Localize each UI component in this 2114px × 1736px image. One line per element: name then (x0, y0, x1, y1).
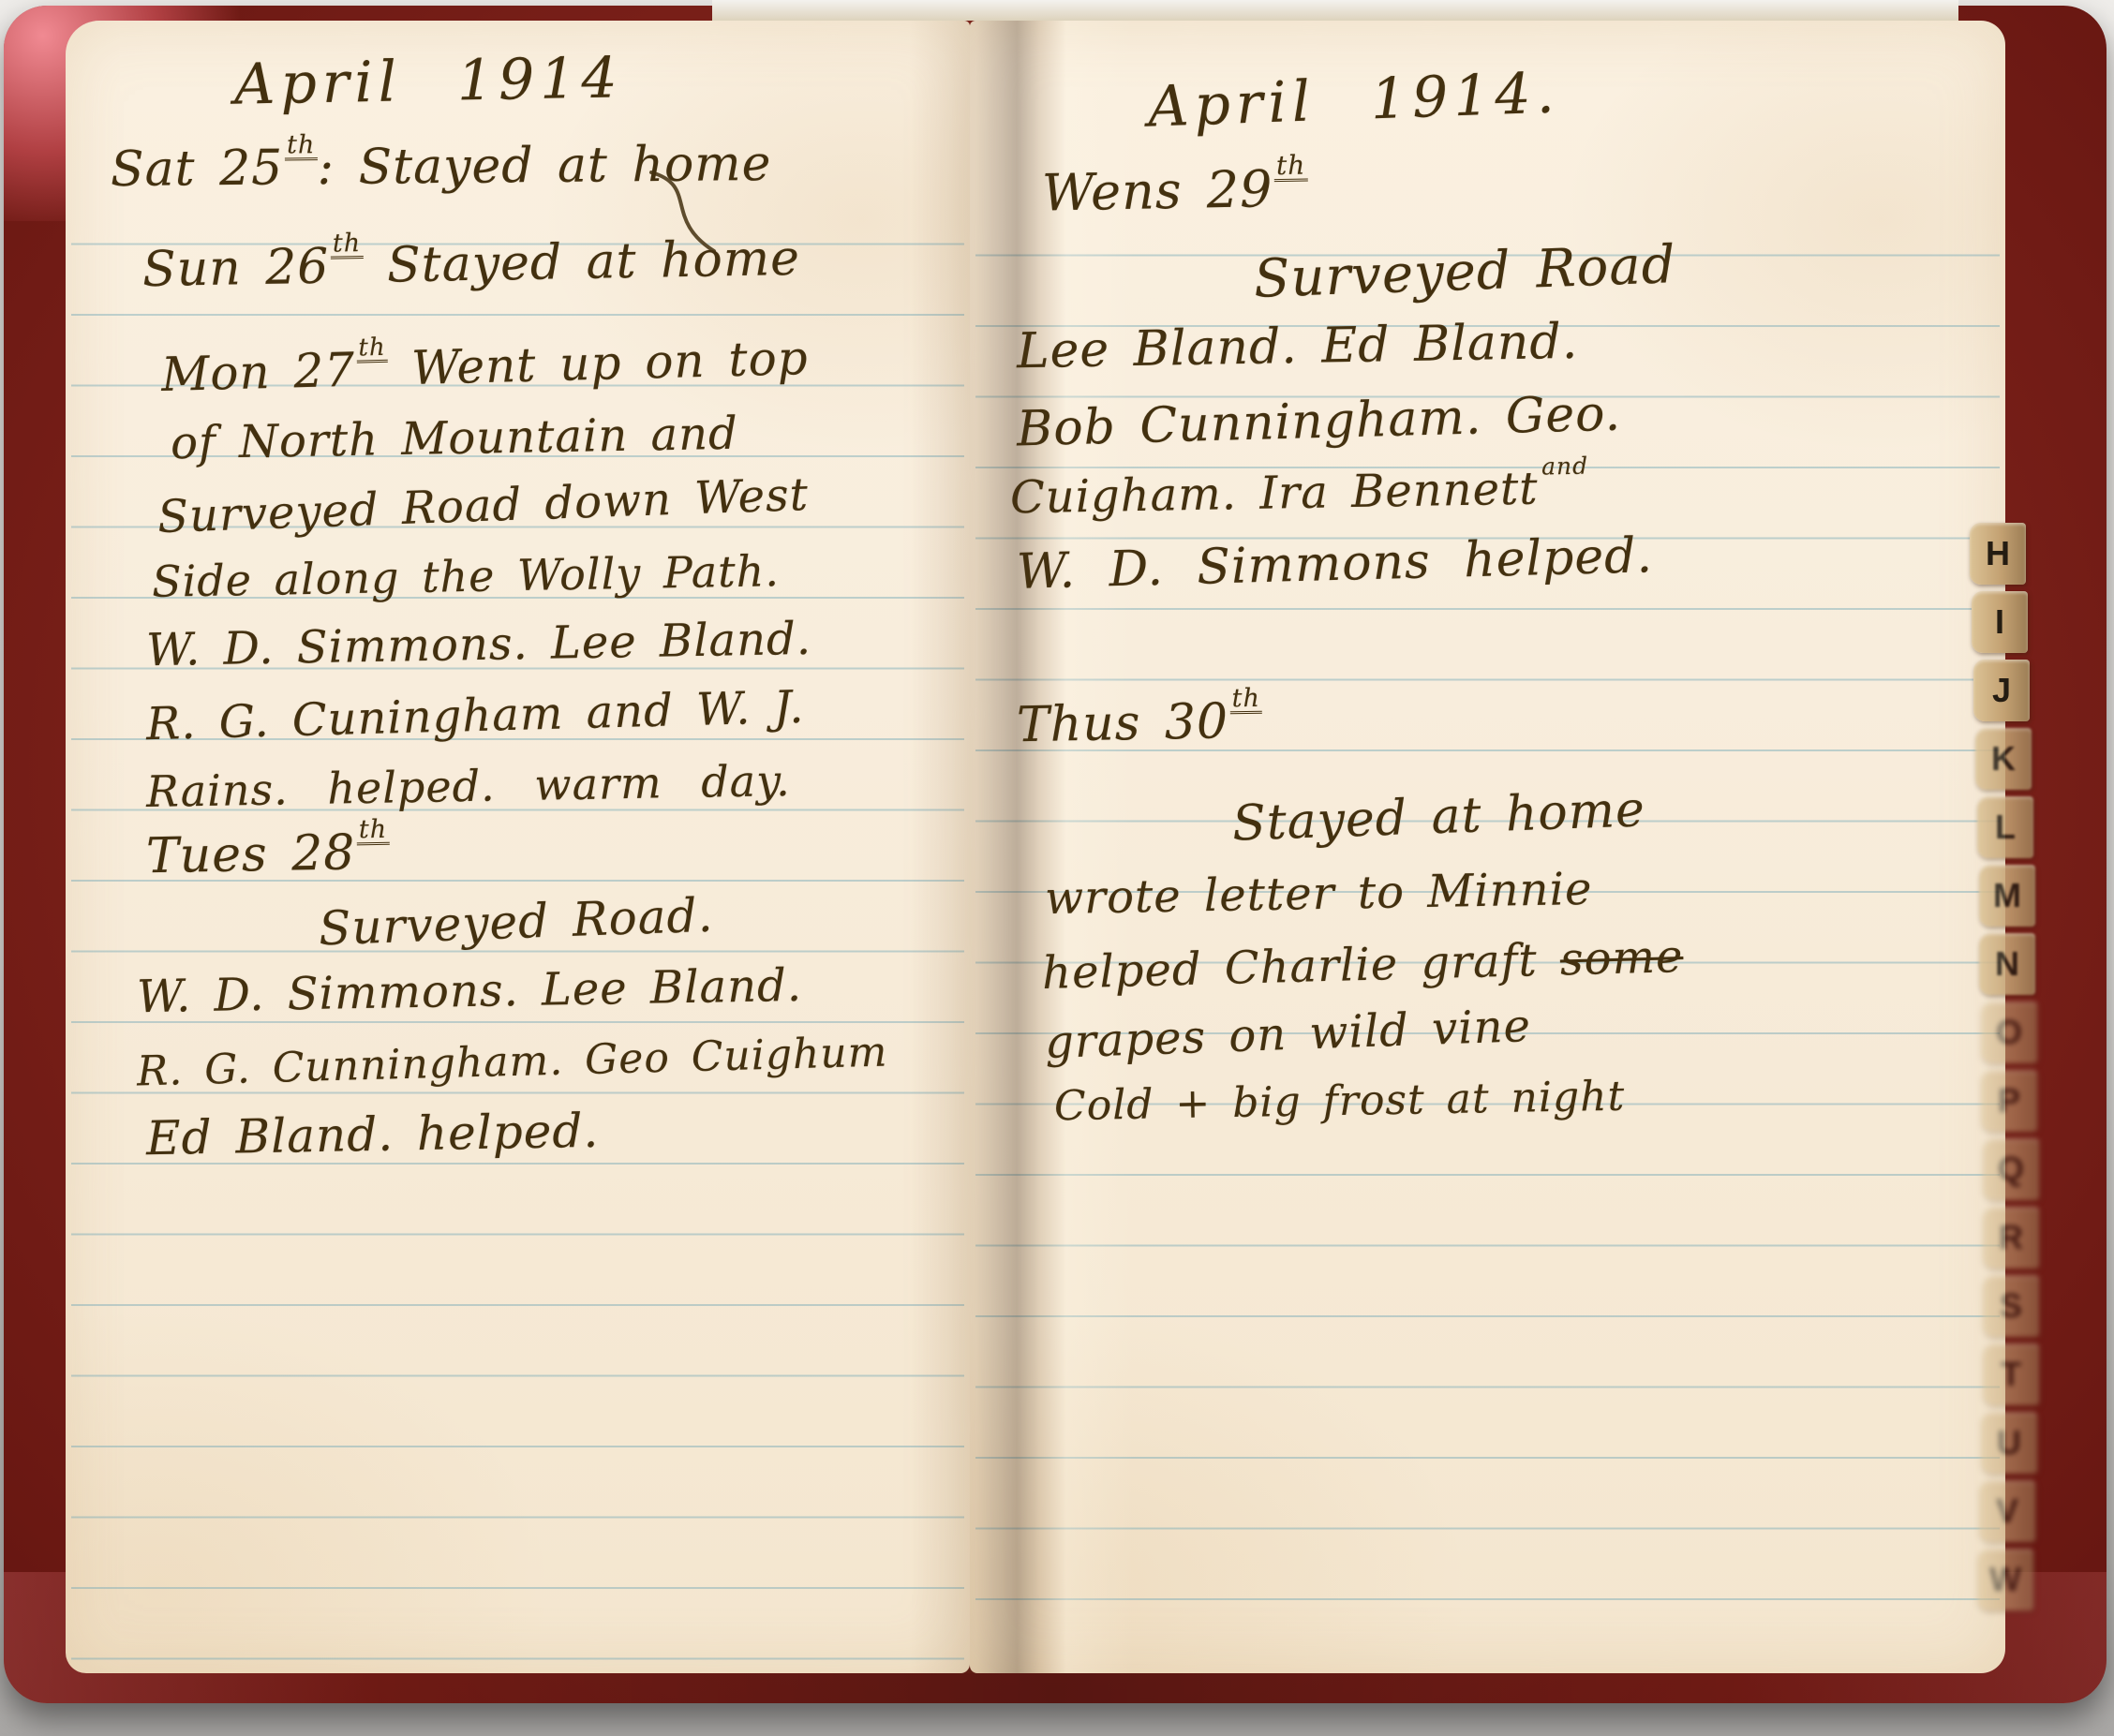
index-tab-s[interactable]: S (1983, 1275, 2039, 1337)
index-tab-t[interactable]: T (1983, 1343, 2039, 1405)
diary-line: Lee Bland. Ed Bland. (1017, 314, 1579, 379)
diary-line: Wens 29th (1041, 159, 1308, 223)
diary-line: Cuigham. Ira Bennettand (1010, 462, 1591, 525)
diary-line: of North Mountain and (171, 408, 739, 470)
index-tab-p[interactable]: P (1981, 1070, 2037, 1132)
index-tab-o[interactable]: O (1981, 1002, 2037, 1063)
diary-line: wrote letter to Minnie (1045, 863, 1593, 925)
index-tab-h[interactable]: H (1970, 523, 2026, 585)
index-tab-v[interactable]: V (1979, 1480, 2035, 1542)
diary-line: Thus 30th (1016, 693, 1262, 754)
index-tab-m[interactable]: M (1979, 865, 2035, 927)
index-tab-q[interactable]: Q (1983, 1138, 2039, 1200)
diary-line: Tues 28th (145, 824, 390, 885)
index-tab-u[interactable]: U (1981, 1412, 2037, 1474)
index-tab-k[interactable]: K (1975, 728, 2032, 790)
left-page-header: April 1914 (233, 45, 623, 117)
index-tab-j[interactable]: J (1973, 660, 2030, 721)
index-tab-l[interactable]: L (1977, 796, 2033, 858)
diary-line: Ed Bland. helped. (146, 1104, 600, 1165)
page-stack-edge (712, 0, 1958, 21)
index-tab-w[interactable]: W (1977, 1549, 2033, 1610)
index-tab-i[interactable]: I (1972, 591, 2028, 653)
index-tab-n[interactable]: N (1979, 933, 2035, 995)
page-gutter (909, 21, 1134, 1673)
diary-photo: { "document": { "type": "handwritten dia… (0, 0, 2114, 1736)
diary-line: Sun 26th Stayed at home (142, 230, 801, 298)
index-tab-r[interactable]: R (1983, 1207, 2039, 1269)
diary-line: Cold + big frost at night (1054, 1073, 1626, 1131)
